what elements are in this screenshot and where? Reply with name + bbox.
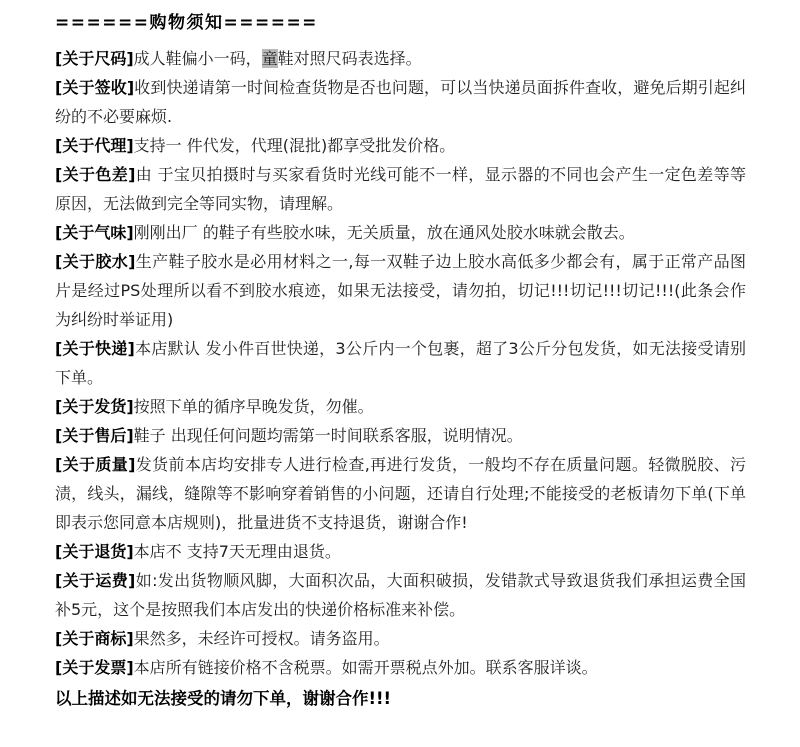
- notice-text: 生产鞋子胶水是必用材料之一,每一双鞋子边上胶水高低多少都会有，属于正常产品图片是…: [55, 252, 746, 329]
- notice-label: [关于发票]: [55, 658, 134, 677]
- shopping-notice-document: ======购物须知====== [关于尺码]成人鞋偏小一码，童鞋对照尺码表选择…: [0, 0, 800, 713]
- notice-text: 如:发出货物顺风脚，大面积次品，大面积破损，发错款式导致退货我们承担运费全国补5…: [55, 571, 746, 619]
- notice-paragraph: [关于尺码]成人鞋偏小一码，童鞋对照尺码表选择。: [55, 44, 746, 73]
- notice-label: [关于快递]: [55, 339, 135, 358]
- notice-paragraph: [关于售后]鞋子 出现任何问题均需第一时间联系客服，说明情况。: [55, 421, 746, 450]
- notice-text: 支持一 件代发，代理(混批)都享受批发价格。: [134, 136, 456, 155]
- notice-paragraph: [关于胶水]生产鞋子胶水是必用材料之一,每一双鞋子边上胶水高低多少都会有，属于正…: [55, 247, 746, 334]
- notice-paragraph: [关于质量]发货前本店均安排专人进行检查,再进行发货，一般均不存在质量问题。轻微…: [55, 450, 746, 537]
- notice-text: 本店不 支持7天无理由退货。: [134, 542, 341, 561]
- notice-text: 鞋子 出现任何问题均需第一时间联系客服，说明情况。: [134, 426, 523, 445]
- notice-label: [关于尺码]: [55, 49, 134, 68]
- notice-label: [关于运费]: [55, 571, 135, 590]
- notice-paragraph: [关于快递]本店默认 发小件百世快递，3公斤内一个包裹，超了3公斤分包发货，如无…: [55, 334, 746, 392]
- notice-text: 本店所有链接价格不含税票。如需开票税点外加。联系客服详谈。: [134, 658, 598, 677]
- highlighted-char: 童: [262, 49, 278, 68]
- notice-footer: 以上描述如无法接受的请勿下单，谢谢合作!!!: [55, 684, 746, 713]
- notice-label: [关于售后]: [55, 426, 134, 445]
- notice-label: [关于胶水]: [55, 252, 135, 271]
- notice-label: [关于代理]: [55, 136, 134, 155]
- notice-label: [关于商标]: [55, 629, 134, 648]
- notice-label: [关于质量]: [55, 455, 135, 474]
- notice-text: 按照下单的循序早晚发货，勿催。: [134, 397, 374, 416]
- notice-text: 鞋对照尺码表选择。: [278, 49, 422, 68]
- notice-paragraph: [关于签收]收到快递请第一时间检查货物是否也问题，可以当快递员面拆件查收，避免后…: [55, 73, 746, 131]
- notice-paragraph: [关于代理]支持一 件代发，代理(混批)都享受批发价格。: [55, 131, 746, 160]
- notice-paragraph: [关于退货]本店不 支持7天无理由退货。: [55, 537, 746, 566]
- notice-paragraph: [关于气味]刚刚出厂 的鞋子有些胶水味，无关质量，放在通风处胶水味就会散去。: [55, 218, 746, 247]
- notice-text: 刚刚出厂 的鞋子有些胶水味，无关质量，放在通风处胶水味就会散去。: [134, 223, 635, 242]
- notice-text: 果然多，未经许可授权。请务盗用。: [134, 629, 390, 648]
- notice-label: [关于退货]: [55, 542, 134, 561]
- notice-label: [关于气味]: [55, 223, 134, 242]
- notice-text: 由 于宝贝拍摄时与买家看货时光线可能不一样，显示器的不同也会产生一定色差等等原因…: [55, 165, 746, 213]
- notice-paragraph: [关于商标]果然多，未经许可授权。请务盗用。: [55, 624, 746, 653]
- notice-label: [关于签收]: [55, 78, 134, 97]
- notice-label: [关于发货]: [55, 397, 134, 416]
- notice-text: 成人鞋偏小一码，: [134, 49, 262, 68]
- notice-paragraph: [关于发票]本店所有链接价格不含税票。如需开票税点外加。联系客服详谈。: [55, 653, 746, 682]
- notice-text: 本店默认 发小件百世快递，3公斤内一个包裹，超了3公斤分包发货，如无法接受请别下…: [55, 339, 746, 387]
- notice-text: 收到快递请第一时间检查货物是否也问题，可以当快递员面拆件查收，避免后期引起纠纷的…: [55, 78, 746, 126]
- notice-body: [关于尺码]成人鞋偏小一码，童鞋对照尺码表选择。[关于签收]收到快递请第一时间检…: [55, 44, 746, 682]
- notice-title: ======购物须知======: [55, 10, 746, 36]
- notice-paragraph: [关于运费]如:发出货物顺风脚，大面积次品，大面积破损，发错款式导致退货我们承担…: [55, 566, 746, 624]
- notice-paragraph: [关于发货]按照下单的循序早晚发货，勿催。: [55, 392, 746, 421]
- notice-label: [关于色差]: [55, 165, 135, 184]
- notice-paragraph: [关于色差]由 于宝贝拍摄时与买家看货时光线可能不一样，显示器的不同也会产生一定…: [55, 160, 746, 218]
- notice-text: 发货前本店均安排专人进行检查,再进行发货，一般均不存在质量问题。轻微脱胶、污渍，…: [55, 455, 746, 532]
